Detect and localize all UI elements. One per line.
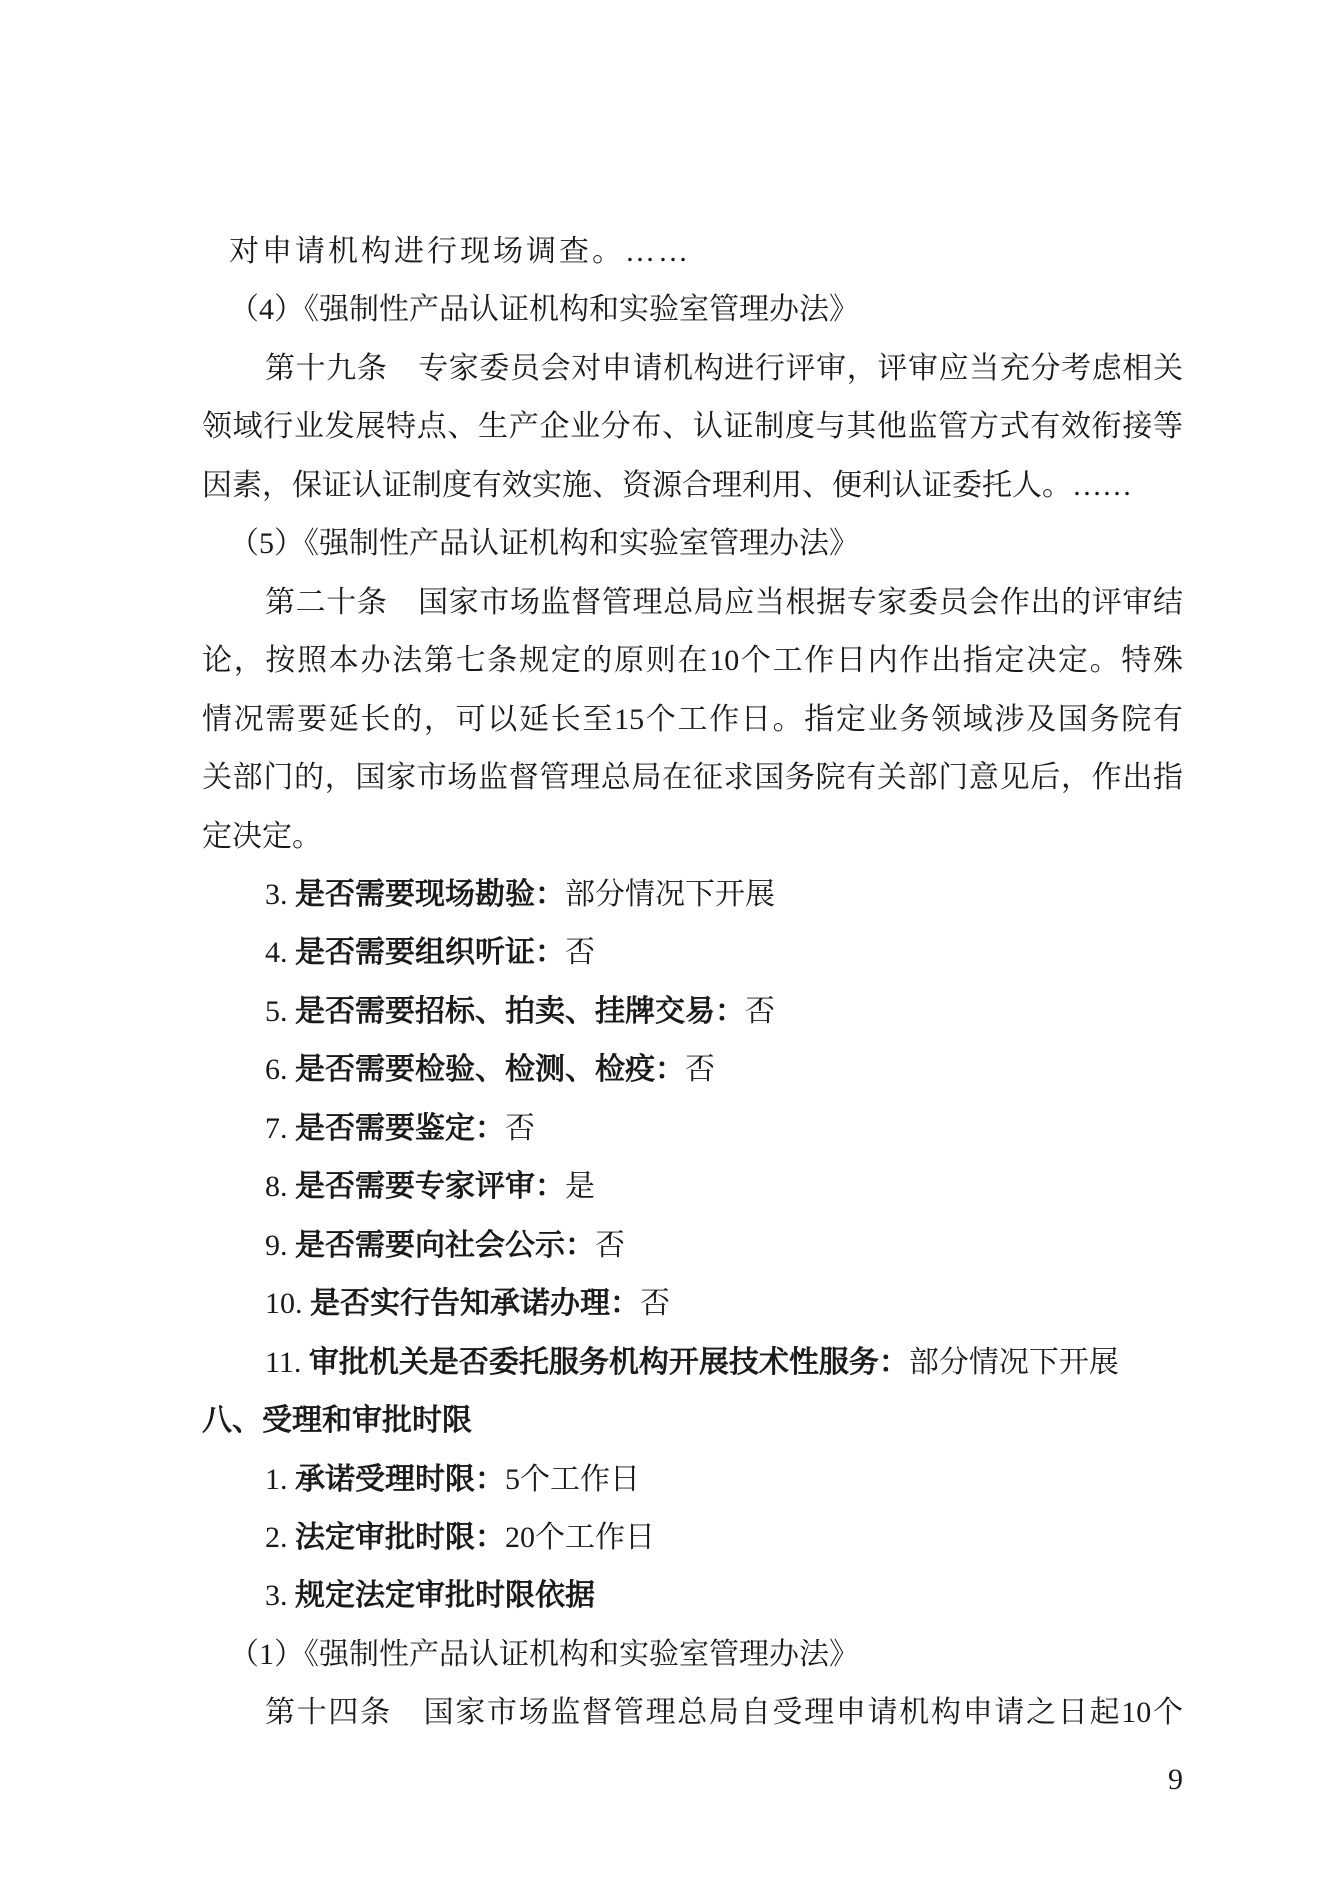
text-run: 8. xyxy=(265,1170,295,1203)
bold-label: 八、受理和审批时限 xyxy=(202,1404,472,1437)
clause-14-line: 第十四条 国家市场监督管理总局自受理申请机构申请之日起10个 xyxy=(202,1684,1183,1742)
clause-20-line: 关部门的，国家市场监督管理总局在征求国务院有关部门意见后，作出指 xyxy=(202,749,1183,807)
text-run: 4. xyxy=(265,936,295,969)
text-run: 对申请机构进行现场调查。…… xyxy=(229,235,691,268)
list-item-4: 4. 是否需要组织听证：否 xyxy=(202,924,1183,982)
text-run: 情况需要延长的，可以延长至15个工作日。指定业务领域涉及国务院有 xyxy=(202,703,1183,736)
list-item-7: 7. 是否需要鉴定：否 xyxy=(202,1100,1183,1158)
text-run: 关部门的，国家市场监督管理总局在征求国务院有关部门意见后，作出指 xyxy=(202,761,1183,794)
reference-item-4: （4）《强制性产品认证机构和实验室管理办法》 xyxy=(202,281,1183,339)
clause-20-line: 第二十条 国家市场监督管理总局应当根据专家委员会作出的评审结 xyxy=(202,574,1183,632)
bold-label: 是否需要招标、拍卖、挂牌交易： xyxy=(295,995,745,1028)
bold-label: 承诺受理时限： xyxy=(295,1463,505,1496)
clause-20-line: 定决定。 xyxy=(202,808,1183,866)
text-run: 9. xyxy=(265,1229,295,1262)
bold-label: 是否需要检验、检测、检疫： xyxy=(295,1053,685,1086)
list-item-3: 3. 是否需要现场勘验：部分情况下开展 xyxy=(202,866,1183,924)
bold-label: 是否需要专家评审： xyxy=(295,1170,565,1203)
text-run: 第十四条 国家市场监督管理总局自受理申请机构申请之日起10个 xyxy=(265,1696,1183,1729)
bold-label: 规定法定审批时限依据 xyxy=(295,1579,595,1612)
clause-20-line: 论，按照本办法第七条规定的原则在10个工作日内作出指定决定。特殊 xyxy=(202,632,1183,690)
clause-19-line: 因素，保证认证制度有效实施、资源合理利用、便利认证委托人。…… xyxy=(202,457,1183,515)
text-run: 否 xyxy=(505,1112,535,1145)
text-run: 6. xyxy=(265,1053,295,1086)
bold-label: 是否需要组织听证： xyxy=(295,936,565,969)
list-item-8: 8. 是否需要专家评审：是 xyxy=(202,1158,1183,1216)
text-run: 3. xyxy=(265,1579,295,1612)
text-run: 2. xyxy=(265,1521,295,1554)
bold-label: 法定审批时限： xyxy=(295,1521,505,1554)
text-run: 10. xyxy=(265,1287,310,1320)
text-run: （5）《强制性产品认证机构和实验室管理办法》 xyxy=(229,527,859,560)
text-run: 否 xyxy=(685,1053,715,1086)
bold-label: 是否实行告知承诺办理： xyxy=(310,1287,640,1320)
text-run: 5个工作日 xyxy=(505,1463,640,1496)
list-item-5: 5. 是否需要招标、拍卖、挂牌交易：否 xyxy=(202,983,1183,1041)
sub-item-2: 2. 法定审批时限：20个工作日 xyxy=(202,1509,1183,1567)
bold-label: 审批机关是否委托服务机构开展技术性服务： xyxy=(309,1346,909,1379)
text-run: 第十九条 专家委员会对申请机构进行评审，评审应当充分考虑相关 xyxy=(265,352,1183,385)
paragraph-continuation-line: 对申请机构进行现场调查。…… xyxy=(202,223,1183,281)
text-run: 20个工作日 xyxy=(505,1521,655,1554)
sub-item-1: 1. 承诺受理时限：5个工作日 xyxy=(202,1451,1183,1509)
list-item-10: 10. 是否实行告知承诺办理：否 xyxy=(202,1275,1183,1333)
text-run: 否 xyxy=(565,936,595,969)
text-run: 是 xyxy=(565,1170,595,1203)
text-run: 第二十条 国家市场监督管理总局应当根据专家委员会作出的评审结 xyxy=(265,586,1183,619)
clause-19-line: 领域行业发展特点、生产企业分布、认证制度与其他监管方式有效衔接等 xyxy=(202,398,1183,456)
page-number: 9 xyxy=(202,1760,1183,1800)
reference-item-5: （5）《强制性产品认证机构和实验室管理办法》 xyxy=(202,515,1183,573)
list-item-6: 6. 是否需要检验、检测、检疫：否 xyxy=(202,1041,1183,1099)
text-run: 否 xyxy=(745,995,775,1028)
text-run: 部分情况下开展 xyxy=(565,878,775,911)
text-run: 7. xyxy=(265,1112,295,1145)
text-run: 因素，保证认证制度有效实施、资源合理利用、便利认证委托人。…… xyxy=(202,469,1132,502)
text-run: 11. xyxy=(265,1346,309,1379)
text-run: （1）《强制性产品认证机构和实验室管理办法》 xyxy=(229,1638,859,1671)
bold-label: 是否需要现场勘验： xyxy=(295,878,565,911)
text-run: 领域行业发展特点、生产企业分布、认证制度与其他监管方式有效衔接等 xyxy=(202,410,1183,443)
document-page: 对申请机构进行现场调查。……（4）《强制性产品认证机构和实验室管理办法》第十九条… xyxy=(0,0,1339,1890)
text-run: （4）《强制性产品认证机构和实验室管理办法》 xyxy=(229,293,859,326)
text-run: 定决定。 xyxy=(202,820,322,853)
clause-19-line: 第十九条 专家委员会对申请机构进行评审，评审应当充分考虑相关 xyxy=(202,340,1183,398)
document-body: 对申请机构进行现场调查。……（4）《强制性产品认证机构和实验室管理办法》第十九条… xyxy=(202,223,1183,1743)
list-item-11: 11. 审批机关是否委托服务机构开展技术性服务：部分情况下开展 xyxy=(202,1334,1183,1392)
bold-label: 是否需要向社会公示： xyxy=(295,1229,595,1262)
text-run: 5. xyxy=(265,995,295,1028)
text-run: 否 xyxy=(595,1229,625,1262)
text-run: 1. xyxy=(265,1463,295,1496)
clause-20-line: 情况需要延长的，可以延长至15个工作日。指定业务领域涉及国务院有 xyxy=(202,691,1183,749)
list-item-9: 9. 是否需要向社会公示：否 xyxy=(202,1217,1183,1275)
text-run: 3. xyxy=(265,878,295,911)
bold-label: 是否需要鉴定： xyxy=(295,1112,505,1145)
text-run: 论，按照本办法第七条规定的原则在10个工作日内作出指定决定。特殊 xyxy=(202,644,1183,677)
sub-item-3: 3. 规定法定审批时限依据 xyxy=(202,1567,1183,1625)
text-run: 部分情况下开展 xyxy=(909,1346,1119,1379)
reference-item-1: （1）《强制性产品认证机构和实验室管理办法》 xyxy=(202,1626,1183,1684)
section-heading-8: 八、受理和审批时限 xyxy=(202,1392,1183,1450)
text-run: 否 xyxy=(640,1287,670,1320)
